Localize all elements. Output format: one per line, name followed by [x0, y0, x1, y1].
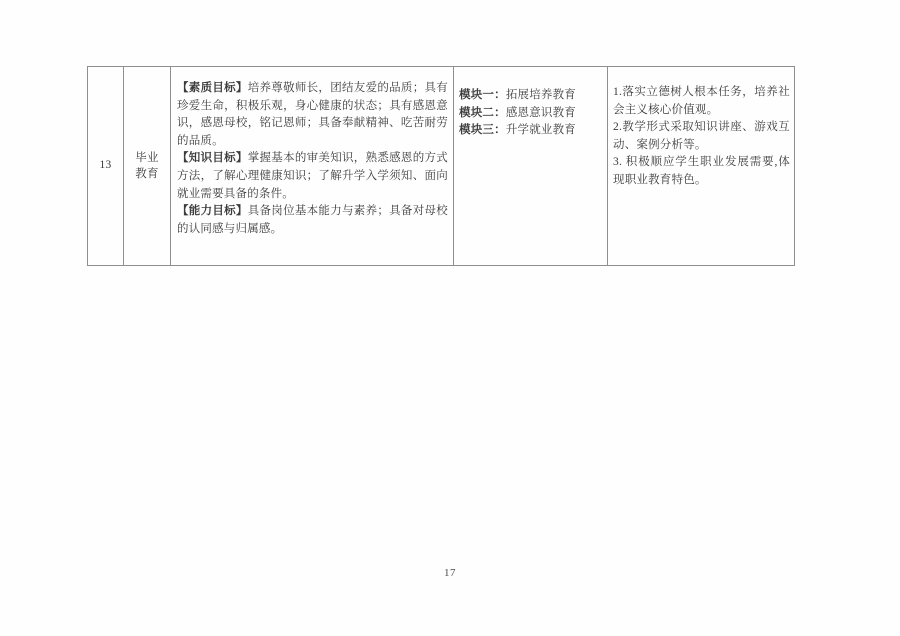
- page-number: 17: [0, 567, 900, 579]
- module-text: 升学就业教育: [506, 124, 576, 136]
- table-row: 13 毕业 教育 【素质目标】培养尊敬师长，团结友爱的品质；具有珍爱生命，积极乐…: [88, 67, 795, 266]
- document-page: 13 毕业 教育 【素质目标】培养尊敬师长，团结友爱的品质；具有珍爱生命，积极乐…: [0, 0, 900, 636]
- course-name-line: 毕业: [124, 150, 170, 166]
- objective-ability: 【能力目标】具备岗位基本能力与素养；具备对母校的认同感与归属感。: [177, 203, 448, 238]
- objectives-cell: 【素质目标】培养尊敬师长，团结友爱的品质；具有珍爱生命，积极乐观，身心健康的状态…: [171, 67, 454, 266]
- module-text: 拓展培养教育: [506, 89, 576, 101]
- row-number-cell: 13: [88, 67, 124, 266]
- course-name-cell: 毕业 教育: [124, 67, 171, 266]
- objective-quality: 【素质目标】培养尊敬师长，团结友爱的品质；具有珍爱生命，积极乐观，身心健康的状态…: [177, 80, 448, 150]
- row-number: 13: [100, 159, 112, 171]
- objective-label: 【素质目标】: [177, 82, 248, 94]
- course-table: 13 毕业 教育 【素质目标】培养尊敬师长，团结友爱的品质；具有珍爱生命，积极乐…: [87, 66, 795, 266]
- module-item: 模块三：升学就业教育: [459, 122, 603, 140]
- objective-label: 【能力目标】: [177, 205, 248, 217]
- module-label: 模块二：: [459, 107, 506, 119]
- note-item: 1.落实立德树人根本任务，培养社会主义核心价值观。: [613, 84, 790, 119]
- module-label: 模块一：: [459, 89, 506, 101]
- note-item: 2.教学形式采取知识讲座、游戏互动、案例分析等。: [613, 119, 790, 154]
- module-text: 感恩意识教育: [506, 107, 576, 119]
- module-item: 模块一：拓展培养教育: [459, 87, 603, 105]
- notes-cell: 1.落实立德树人根本任务，培养社会主义核心价值观。 2.教学形式采取知识讲座、游…: [608, 67, 795, 266]
- module-label: 模块三：: [459, 124, 506, 136]
- note-item: 3. 积极顺应学生职业发展需要,体现职业教育特色。: [613, 154, 790, 189]
- objective-label: 【知识目标】: [177, 152, 248, 164]
- course-name-line: 教育: [124, 166, 170, 182]
- modules-cell: 模块一：拓展培养教育 模块二：感恩意识教育 模块三：升学就业教育: [454, 67, 608, 266]
- objective-knowledge: 【知识目标】掌握基本的审美知识，熟悉感恩的方式方法，了解心理健康知识；了解升学入…: [177, 150, 448, 203]
- module-item: 模块二：感恩意识教育: [459, 105, 603, 123]
